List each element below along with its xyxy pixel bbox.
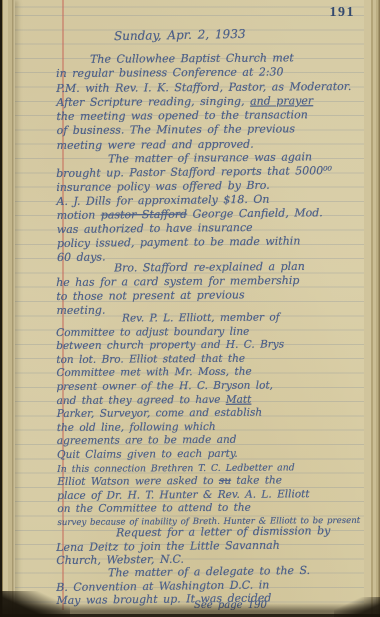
struck-through-text: su <box>219 475 231 487</box>
line-text: take the <box>231 475 282 487</box>
minute-book-page: 191 Sunday, Apr. 2, 1933 The Cullowhee B… <box>0 0 380 617</box>
page-number: 191 <box>330 5 356 21</box>
line-text: Elliot Watson were asked to <box>57 475 219 488</box>
paragraph-card-system: Bro. Stafford re-explained a plan he has… <box>56 259 372 318</box>
manuscript-line: P.M. with Rev. I. K. Stafford, Pastor, a… <box>56 79 372 96</box>
paragraph-letter-of-dismission: Request for a letter of dismission by Le… <box>56 524 372 568</box>
line-text: George Canfield, Mod. <box>187 206 323 220</box>
paragraph-opening: The Cullowhee Baptist Church met in regu… <box>56 51 373 153</box>
paragraph-boundary-survey: Rev. P. L. Elliott, member of Committee … <box>56 311 374 531</box>
underlined-text: and prayer <box>250 94 313 107</box>
bottom-left-cover-corner <box>0 591 70 617</box>
bottom-right-cover-corner <box>334 597 380 617</box>
date-heading: Sunday, Apr. 2, 1933 <box>114 27 246 43</box>
line-text: motion <box>57 209 101 222</box>
paragraph-insurance: The matter of insurance was again brough… <box>56 150 373 265</box>
line-text: After Scripture reading, singing, <box>56 95 250 109</box>
underlined-text: Matt <box>226 393 252 405</box>
struck-through-text: pastor Stafford <box>101 208 187 222</box>
book-binding-left-edge <box>0 0 15 617</box>
line-text: and that they agreed to have <box>57 393 226 406</box>
